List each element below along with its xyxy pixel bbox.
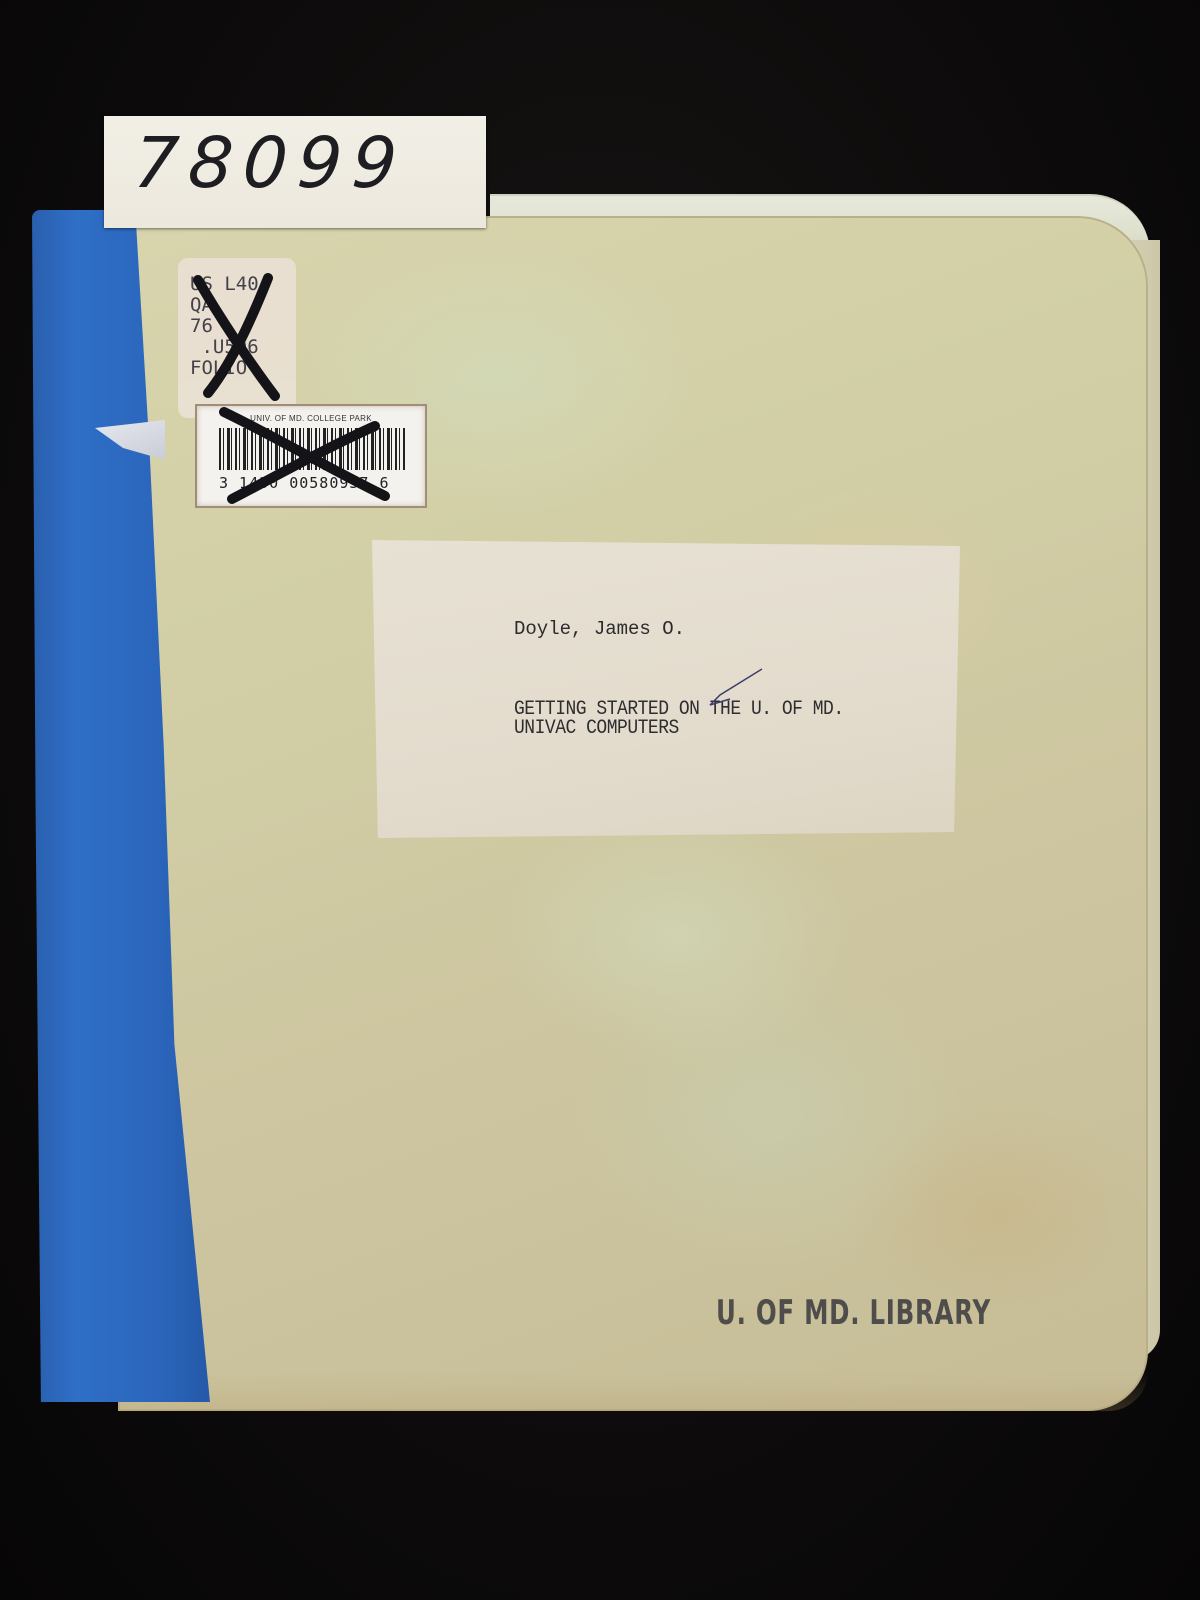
photo-scene: 78099 US L40 QA 76 .U5D6 FOLIO UNIV. OF …: [0, 0, 1200, 1600]
author-name: Doyle, James O.: [514, 618, 685, 640]
barcode-icon: [219, 428, 405, 470]
call-number-label: US L40 QA 76 .U5D6 FOLIO: [178, 258, 296, 418]
title-label: Doyle, James O. GETTING STARTED ON THE U…: [372, 540, 960, 838]
title-line-2: UNIVAC COMPUTERS: [514, 717, 679, 740]
barcode-institution: UNIV. OF MD. COLLEGE PARK: [197, 414, 425, 423]
pen-stroke-icon: [700, 665, 770, 715]
cover-bottom-stain: [118, 1371, 1148, 1411]
library-stamp: U. OF MD. LIBRARY: [716, 1293, 991, 1333]
barcode-number: 3 1430 00580937 6: [219, 474, 390, 492]
call-number-text: US L40 QA 76 .U5D6 FOLIO: [190, 274, 259, 379]
inventory-number: 78099: [131, 122, 409, 204]
barcode-label: UNIV. OF MD. COLLEGE PARK 3 1430 0058093…: [195, 404, 427, 508]
inventory-tag: 78099: [104, 116, 486, 228]
